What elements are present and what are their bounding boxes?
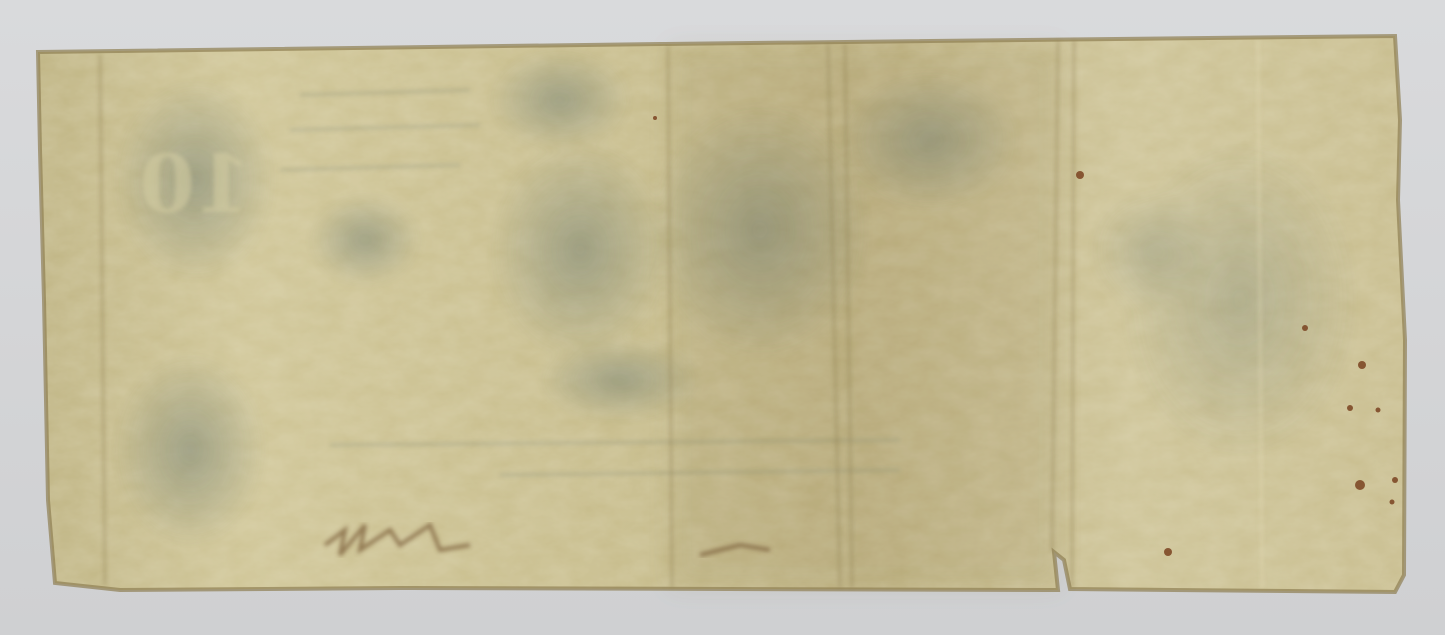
central-vignette (490, 140, 670, 360)
banknote-photo: 10 (0, 0, 1445, 635)
banknote-image: 10 (0, 0, 1445, 635)
svg-text:10: 10 (139, 137, 250, 231)
mirrored-denomination: 10 (139, 137, 250, 231)
oval-counter-bottom (115, 355, 265, 545)
